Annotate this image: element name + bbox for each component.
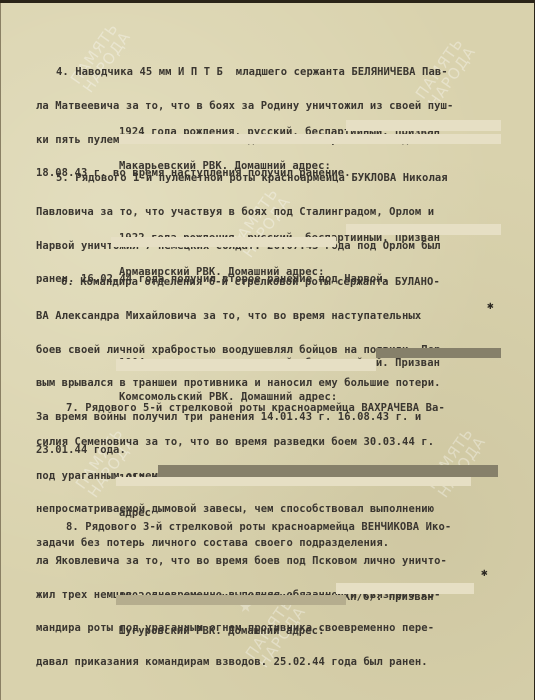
pen-mark: ✱ [481, 566, 488, 579]
pen-mark: ✱ [487, 299, 494, 312]
redacted-address [376, 348, 501, 358]
redacted-address [116, 595, 346, 605]
redacted-address [116, 359, 376, 371]
document-page: ПАМЯТЬНАРОДА ПАМЯТЬНАРОДА ПАМЯТЬНАРОДА П… [0, 3, 534, 700]
redacted-address [158, 465, 498, 477]
redacted-address [116, 477, 471, 486]
redacted-address [111, 237, 336, 247]
redacted-address [346, 224, 501, 235]
redacted-address [336, 583, 474, 594]
redacted-address [346, 120, 501, 131]
redacted-address [119, 134, 501, 144]
